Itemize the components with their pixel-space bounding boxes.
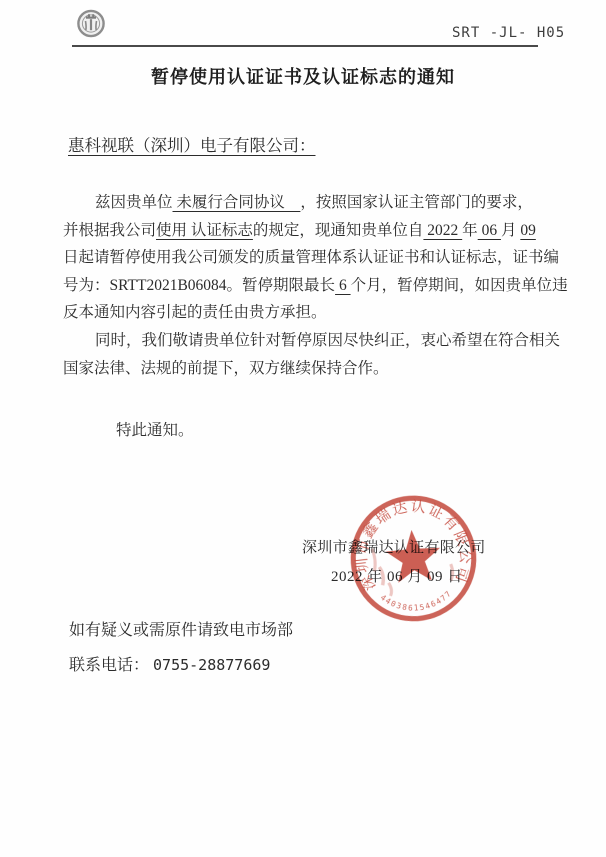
body-line: 同时，我们敬请贵单位针对暂停原因尽快纠正，衷心希望在符合相关 [63,327,549,355]
body-text: 的规定，现通知贵单位自 [253,222,424,239]
body-text: 反本通知内容引起的责任由贵方承担。 [63,304,327,321]
red-company-stamp: 深圳市鑫瑞达认证有限公司 4403861546477 [337,482,490,635]
body-lines: 兹因贵单位 未履行合同协议 ，按照国家认证主管部门的要求，并根据我公司使用 认证… [63,189,549,382]
body-line: 兹因贵单位 未履行合同协议 ，按照国家认证主管部门的要求， [63,189,549,217]
body-text: 并根据我公司 [63,222,156,239]
closing-line: 特此通知。 [116,418,194,440]
filled-in-blank: 使用 认证标志 [156,222,253,239]
body-line: 日起请暂停使用我公司颁发的质量管理体系认证证书和认证标志，证书编 [63,244,549,272]
body-text: 月 [501,222,520,239]
document-code: SRT -JL- H05 [452,25,565,41]
filled-in-blank: 6 [335,277,351,294]
phone-number: 0755-28877669 [153,656,270,674]
body-line: 国家法律、法规的前提下，双方继续保持合作。 [63,355,549,383]
phone-label: 联系电话： [69,657,149,674]
filled-in-blank: 2022 [423,222,462,239]
body-text: 号为：SRTT2021B06084。暂停期限最长 [63,277,335,294]
filled-in-blank: 09 [520,222,536,239]
body-line: 并根据我公司使用 认证标志的规定，现通知贵单位自 2022 年 06 月 09 [63,217,549,245]
body-text: ，按照国家认证主管部门的要求， [300,194,533,211]
body-text: 年 [462,222,478,239]
body-text: 日起请暂停使用我公司颁发的质量管理体系认证证书和认证标志，证书编 [63,249,559,266]
body-text: 国家法律、法规的前提下，双方继续保持合作。 [63,360,389,377]
body-text: 同时，我们敬请贵单位针对暂停原因尽快纠正，衷心希望在符合相关 [95,332,560,349]
filled-in-blank: 未履行合同协议 [173,194,301,211]
footer-phone-line: 联系电话： 0755-28877669 [69,652,270,675]
filled-in-blank: 06 [478,222,501,239]
body-text: 兹因贵单位 [95,194,173,211]
body-text: 个月，暂停期间，如因贵单位违 [351,277,568,294]
five-pointed-star-icon [384,528,442,583]
notice-title: 暂停使用认证证书及认证标志的通知 [0,63,606,89]
body-line: 反本通知内容引起的责任由贵方承担。 [63,299,549,327]
header-divider [72,45,538,47]
scanned-notice-document: SRT -JL- H05 暂停使用认证证书及认证标志的通知 惠科视联（深圳）电子… [0,0,606,857]
addressee-company: 惠科视联（深圳）电子有限公司： [68,132,316,156]
round-emblem-seal-icon [77,9,105,38]
footer-note: 如有疑义或需原件请致电市场部 [69,617,293,640]
body-line: 号为：SRTT2021B06084。暂停期限最长 6 个月，暂停期间，如因贵单位… [63,272,549,300]
